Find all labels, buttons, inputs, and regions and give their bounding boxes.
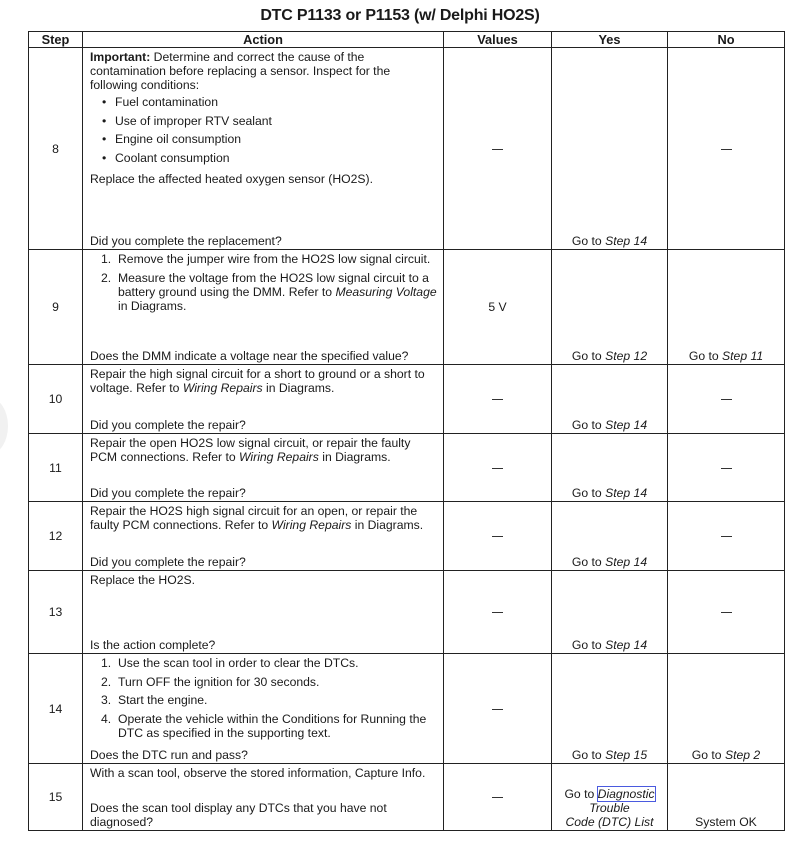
step-number: 13 xyxy=(29,571,83,654)
reference-link[interactable]: Wiring Repairs xyxy=(272,518,352,532)
action-cell: 1.Remove the jumper wire from the HO2S l… xyxy=(83,250,444,365)
page-title: DTC P1133 or P1153 (w/ Delphi HO2S) xyxy=(0,7,800,25)
item-number: 3. xyxy=(101,693,111,707)
dtc-list-link[interactable]: Diagnostic xyxy=(598,787,655,801)
item-number: 2. xyxy=(101,271,111,285)
goto-prefix: Go to xyxy=(572,234,605,248)
action-cell: Repair the HO2S high signal circuit for … xyxy=(83,502,444,571)
values-cell xyxy=(444,502,552,571)
reference-link[interactable]: Wiring Repairs xyxy=(239,450,319,464)
goto-prefix: Go to xyxy=(692,748,725,762)
dash-icon xyxy=(492,797,503,798)
list-item: 2.Turn OFF the ignition for 30 seconds. xyxy=(90,675,437,689)
dash-icon xyxy=(721,612,732,613)
header-row: Step Action Values Yes No xyxy=(29,32,785,48)
action-cell: Repair the high signal circuit for a sho… xyxy=(83,365,444,434)
item-number: 1. xyxy=(101,252,111,266)
values-cell xyxy=(444,48,552,250)
goto-prefix: Go to xyxy=(572,349,605,363)
dash-icon xyxy=(721,149,732,150)
yes-cell[interactable]: Go to Diagnostic Trouble Code (DTC) List xyxy=(552,764,668,831)
instruction-text: Repair the HO2S high signal circuit for … xyxy=(90,504,437,532)
step-link[interactable]: Step 14 xyxy=(605,486,647,500)
no-cell: System OK xyxy=(668,764,785,831)
item-text: Remove the jumper wire from the HO2S low… xyxy=(118,252,430,266)
procedure-list: 1.Remove the jumper wire from the HO2S l… xyxy=(90,252,437,317)
values-cell xyxy=(444,571,552,654)
table-row-step-12: 12 Repair the HO2S high signal circuit f… xyxy=(29,502,785,571)
instruction-text: Replace the affected heated oxygen senso… xyxy=(90,172,437,186)
item-number: 2. xyxy=(101,675,111,689)
important-label: Important: xyxy=(90,50,150,64)
yes-cell[interactable]: Go to Step 14 xyxy=(552,502,668,571)
scan-artifact xyxy=(0,398,8,454)
item-number: 4. xyxy=(101,712,111,726)
step-number: 11 xyxy=(29,434,83,502)
table-row-step-8: 8 Important: Determine and correct the c… xyxy=(29,48,785,250)
item-text: Use the scan tool in order to clear the … xyxy=(118,656,358,670)
values-cell xyxy=(444,365,552,434)
item-text: Operate the vehicle within the Condition… xyxy=(118,712,426,740)
dash-icon xyxy=(721,536,732,537)
step-link[interactable]: Step 2 xyxy=(725,748,760,762)
goto-prefix: Go to xyxy=(572,748,605,762)
step-link[interactable]: Step 15 xyxy=(605,748,647,762)
step-link[interactable]: Step 14 xyxy=(605,638,647,652)
header-yes: Yes xyxy=(552,32,668,48)
reference-link[interactable]: Wiring Repairs xyxy=(183,381,263,395)
no-cell xyxy=(668,571,785,654)
no-cell xyxy=(668,365,785,434)
instruction-text: Repair the open HO2S low signal circuit,… xyxy=(90,436,437,464)
no-cell xyxy=(668,502,785,571)
yes-cell[interactable]: Go to Step 15 xyxy=(552,654,668,764)
instruction-suffix: in Diagrams. xyxy=(263,381,335,395)
header-no: No xyxy=(668,32,785,48)
instruction-text: Repair the high signal circuit for a sho… xyxy=(90,367,437,395)
dash-icon xyxy=(492,399,503,400)
list-item: 3.Start the engine. xyxy=(90,693,437,707)
no-cell xyxy=(668,48,785,250)
table-row-step-11: 11 Repair the open HO2S low signal circu… xyxy=(29,434,785,502)
item-suffix: in Diagrams. xyxy=(118,299,186,313)
yes-cell[interactable]: Go to Step 14 xyxy=(552,48,668,250)
list-item: Coolant consumption xyxy=(90,151,437,165)
table-row-step-14: 14 1.Use the scan tool in order to clear… xyxy=(29,654,785,764)
dash-icon xyxy=(721,399,732,400)
table-row-step-9: 9 1.Remove the jumper wire from the HO2S… xyxy=(29,250,785,365)
step-link[interactable]: Step 12 xyxy=(605,349,647,363)
goto-prefix: Go to xyxy=(572,555,605,569)
diagnostic-table: Step Action Values Yes No 8 Important: D… xyxy=(28,31,785,831)
action-cell: Important: Determine and correct the cau… xyxy=(83,48,444,250)
step-link[interactable]: Step 14 xyxy=(605,555,647,569)
step-link[interactable]: Step 11 xyxy=(722,349,763,363)
question-text: Did you complete the repair? xyxy=(90,555,437,570)
table-row-step-10: 10 Repair the high signal circuit for a … xyxy=(29,365,785,434)
instruction-suffix: in Diagrams. xyxy=(351,518,423,532)
table-row-step-13: 13 Replace the HO2S. Is the action compl… xyxy=(29,571,785,654)
yes-cell[interactable]: Go to Step 14 xyxy=(552,365,668,434)
step-number: 10 xyxy=(29,365,83,434)
list-item: 1.Use the scan tool in order to clear th… xyxy=(90,656,437,670)
table-row-step-15: 15 With a scan tool, observe the stored … xyxy=(29,764,785,831)
dash-icon xyxy=(492,536,503,537)
values-cell xyxy=(444,654,552,764)
action-cell: 1.Use the scan tool in order to clear th… xyxy=(83,654,444,764)
question-text: Is the action complete? xyxy=(90,638,437,653)
instruction-text: Replace the HO2S. xyxy=(90,573,437,587)
question-text: Did you complete the repair? xyxy=(90,486,437,501)
values-cell xyxy=(444,434,552,502)
dash-icon xyxy=(492,612,503,613)
no-cell[interactable]: Go to Step 11 xyxy=(668,250,785,365)
yes-cell[interactable]: Go to Step 14 xyxy=(552,571,668,654)
instruction-suffix: in Diagrams. xyxy=(319,450,391,464)
procedure-list: 1.Use the scan tool in order to clear th… xyxy=(90,656,437,744)
no-cell[interactable]: Go to Step 2 xyxy=(668,654,785,764)
step-number: 12 xyxy=(29,502,83,571)
dash-icon xyxy=(721,468,732,469)
step-link[interactable]: Step 14 xyxy=(605,234,647,248)
list-item: 1.Remove the jumper wire from the HO2S l… xyxy=(90,252,437,266)
header-action: Action xyxy=(83,32,444,48)
action-cell: Repair the open HO2S low signal circuit,… xyxy=(83,434,444,502)
goto-prefix: Go to xyxy=(572,638,605,652)
header-step: Step xyxy=(29,32,83,48)
action-cell: Replace the HO2S. Is the action complete… xyxy=(83,571,444,654)
item-number: 1. xyxy=(101,656,111,670)
dtc-list-link-end[interactable]: Code (DTC) List xyxy=(565,815,653,829)
values-cell xyxy=(444,764,552,831)
dash-icon xyxy=(492,149,503,150)
list-item: Use of improper RTV sealant xyxy=(90,114,437,128)
step-number: 9 xyxy=(29,250,83,365)
goto-prefix: Go to xyxy=(572,418,605,432)
list-item: Engine oil consumption xyxy=(90,132,437,146)
dtc-list-link-cont[interactable]: Trouble xyxy=(589,801,629,815)
important-note: Important: Determine and correct the cau… xyxy=(90,50,437,92)
condition-list: Fuel contamination Use of improper RTV s… xyxy=(90,95,437,169)
yes-cell[interactable]: Go to Step 14 xyxy=(552,434,668,502)
step-link[interactable]: Step 14 xyxy=(605,418,647,432)
question-text: Does the DMM indicate a voltage near the… xyxy=(90,349,437,364)
dash-icon xyxy=(492,468,503,469)
no-cell xyxy=(668,434,785,502)
question-text: Did you complete the repair? xyxy=(90,418,437,433)
goto-prefix: Go to xyxy=(689,349,722,363)
step-number: 8 xyxy=(29,48,83,250)
step-number: 15 xyxy=(29,764,83,831)
yes-cell[interactable]: Go to Step 12 xyxy=(552,250,668,365)
step-number: 14 xyxy=(29,654,83,764)
action-cell: With a scan tool, observe the stored inf… xyxy=(83,764,444,831)
list-item: Fuel contamination xyxy=(90,95,437,109)
goto-prefix: Go to xyxy=(572,486,605,500)
dash-icon xyxy=(492,709,503,710)
header-values: Values xyxy=(444,32,552,48)
question-text: Did you complete the replacement? xyxy=(90,234,437,249)
item-text: Start the engine. xyxy=(118,693,207,707)
instruction-text: With a scan tool, observe the stored inf… xyxy=(90,766,437,780)
values-cell: 5 V xyxy=(444,250,552,365)
goto-prefix: Go to xyxy=(564,787,597,801)
question-text: Does the DTC run and pass? xyxy=(90,748,437,763)
question-text: Does the scan tool display any DTCs that… xyxy=(90,801,437,830)
item-text: Turn OFF the ignition for 30 seconds. xyxy=(118,675,319,689)
reference-link[interactable]: Measuring Voltage xyxy=(335,285,436,299)
list-item: 2.Measure the voltage from the HO2S low … xyxy=(90,271,437,313)
list-item: 4.Operate the vehicle within the Conditi… xyxy=(90,712,437,740)
